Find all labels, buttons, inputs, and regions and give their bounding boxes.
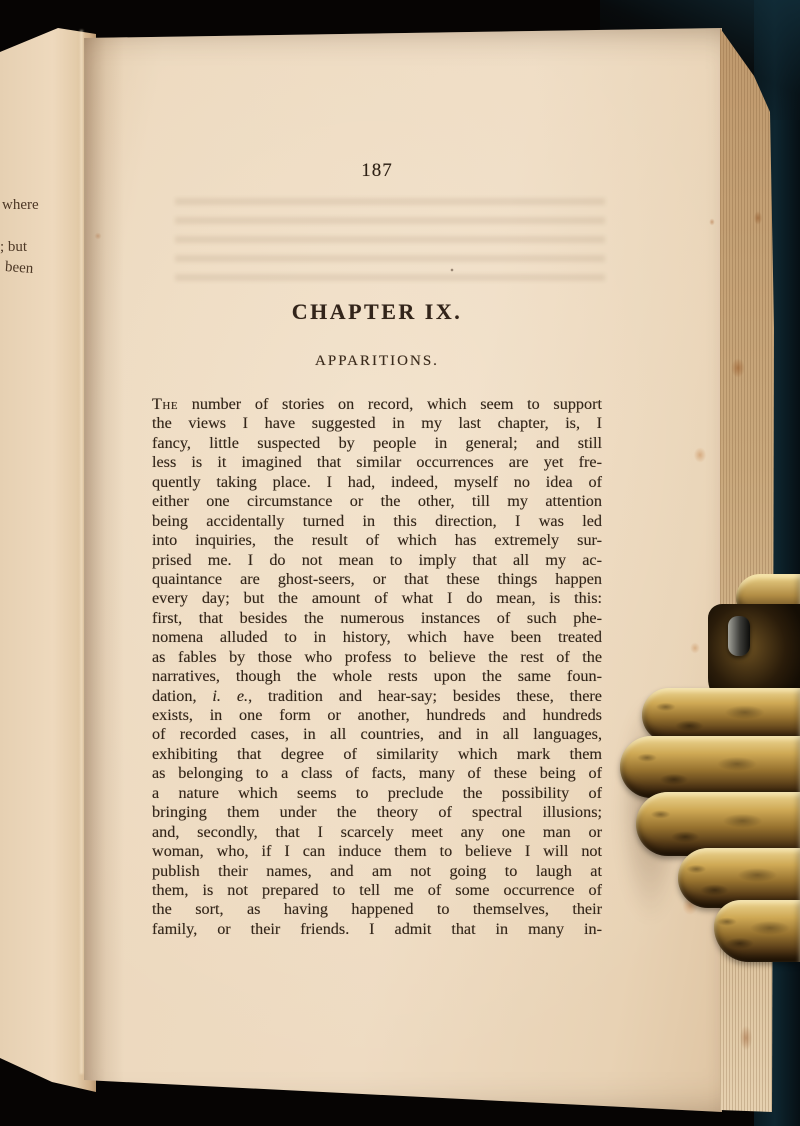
- section-heading: APPARITIONS.: [152, 353, 602, 370]
- body-text-line: first, that besides the numerous instanc…: [152, 609, 602, 628]
- body-text-line: the sort, as having happened to themselv…: [152, 900, 602, 919]
- body-text-line: exhibiting that degree of similarity whi…: [152, 745, 602, 764]
- body-text-line: of recorded cases, in all countries, and…: [152, 725, 602, 744]
- clasp-ridge: [714, 900, 800, 962]
- body-text-line: publish their names, and am not going to…: [152, 862, 602, 881]
- body-text-line: every day; but the amount of what I do m…: [152, 589, 602, 608]
- body-text-line: exists, in one form or another, hundreds…: [152, 706, 602, 725]
- body-text-line: narratives, though the whole rests upon …: [152, 667, 602, 686]
- left-page-text-fragment: where: [2, 197, 39, 214]
- bleed-through-text: [175, 198, 605, 293]
- left-page-text-fragment: ; but: [0, 239, 27, 256]
- clasp-pin: [728, 616, 750, 656]
- body-text-line: bringing them under the theory of spectr…: [152, 803, 602, 822]
- clasp-ridge: [620, 736, 800, 798]
- book-photo: where; butbeen 187 CHAPTER IX. APPARITIO…: [0, 0, 800, 1126]
- body-text-line: fancy, little suspected by people in gen…: [152, 434, 602, 453]
- body-text-line: family, or their friends. I admit that i…: [152, 920, 602, 939]
- body-text: The number of stories on record, which s…: [152, 395, 602, 939]
- body-text-line: either one circumstance or the other, ti…: [152, 492, 602, 511]
- body-text-line: the views I have suggested in my last ch…: [152, 414, 602, 433]
- body-text-line: a nature which seems to preclude the pos…: [152, 784, 602, 803]
- chapter-heading: CHAPTER IX.: [152, 299, 602, 325]
- body-text-line: The number of stories on record, which s…: [152, 395, 602, 414]
- gutter-fold-highlight: [80, 30, 83, 1074]
- body-text-line: as fables by those who profess to believ…: [152, 648, 602, 667]
- body-text-line: less is it imagined that similar occurre…: [152, 453, 602, 472]
- body-text-line: quently taking place. I had, indeed, mys…: [152, 473, 602, 492]
- body-text-line: as belonging to a class of facts, many o…: [152, 764, 602, 783]
- body-text-line: them, is not prepared to tell me of some…: [152, 881, 602, 900]
- body-text-line: being accidentally turned in this direct…: [152, 512, 602, 531]
- clasp-ridge: [636, 792, 800, 856]
- body-text-line: quaintance are ghost-seers, or that thes…: [152, 570, 602, 589]
- page-number: 187: [152, 160, 602, 182]
- body-text-line: and, secondly, that I scarcely meet any …: [152, 823, 602, 842]
- clasp-ridge: [678, 848, 800, 908]
- body-text-line: into inquiries, the result of which has …: [152, 531, 602, 550]
- clasp-ridge: [642, 688, 800, 742]
- body-text-line: woman, who, if I can induce them to beli…: [152, 842, 602, 861]
- body-text-line: nomena alluded to in history, which have…: [152, 628, 602, 647]
- brass-clasp: [612, 570, 800, 970]
- body-text-line: dation, i. e., tradition and hear-say; b…: [152, 687, 602, 706]
- left-page-text-fragment: been: [4, 259, 33, 278]
- body-text-line: prised me. I do not mean to imply that a…: [152, 551, 602, 570]
